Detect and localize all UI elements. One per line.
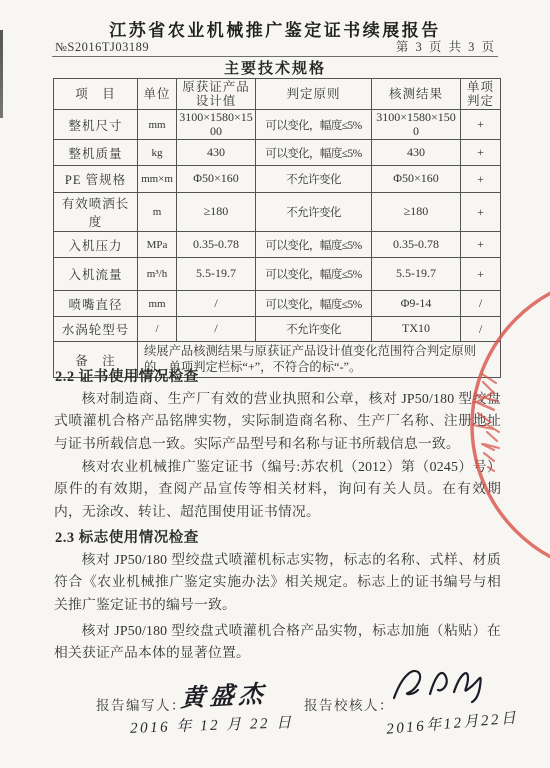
spec-table-body: 整机尺寸mm3100×1580×1500可以变化，幅度≤5%3100×1580×… (54, 110, 501, 378)
spec-table-row: 有效喷洒长度m≥180不允许变化≥180+ (54, 193, 501, 232)
spec-cell: / (138, 317, 177, 342)
spec-cell: m (138, 193, 177, 232)
spec-column-header: 核测结果 (372, 79, 461, 110)
spec-cell: 可以变化，幅度≤5% (256, 258, 372, 291)
spec-cell: 不允许变化 (256, 317, 372, 342)
section-2-3-paragraph-2: 核对 JP50/180 型绞盘式喷灌机合格产品实物，标志加施（粘贴）在相关获证产… (54, 620, 501, 665)
doc-number-row: №S2016TJ03189 第 3 页 共 3 页 (52, 39, 498, 57)
spec-cell: mm×m (138, 166, 177, 193)
spec-cell: 入机压力 (54, 232, 138, 258)
spec-table: 项 目单位原获证产品设计值判定原则核测结果单项判定 整机尺寸mm3100×158… (53, 78, 501, 378)
section-2-2-paragraph-1: 核对制造商、生产厂有效的营业执照和公章，核对 JP50/180 型绞盘式喷灌机合… (54, 388, 501, 455)
spec-cell: + (461, 193, 501, 232)
report-writer-signature: 黄盛杰 (180, 674, 269, 714)
spec-cell: 不允许变化 (256, 166, 372, 193)
spec-cell: kg (138, 140, 177, 166)
spec-cell: + (461, 166, 501, 193)
spec-cell: Φ50×160 (177, 166, 256, 193)
section-2-2-heading: 2.2 证书使用情况检查 (55, 365, 199, 386)
spec-cell: 整机尺寸 (54, 110, 138, 140)
spec-column-header: 单项判定 (461, 79, 501, 110)
spec-cell: 喷嘴直径 (54, 291, 138, 317)
spec-cell: mm (138, 291, 177, 317)
spec-cell: 3100×1580×1500 (177, 110, 256, 140)
spec-cell: + (461, 110, 501, 140)
spec-cell: TX10 (372, 317, 461, 342)
spec-cell: 430 (177, 140, 256, 166)
spec-column-header: 项 目 (54, 79, 138, 110)
spec-cell: 水涡轮型号 (54, 317, 138, 342)
spec-table-row: PE 管规格mm×mΦ50×160不允许变化Φ50×160+ (54, 166, 501, 193)
spec-table-row: 喷嘴直径mm/可以变化，幅度≤5%Φ9-14/ (54, 291, 501, 317)
spec-cell: 5.5-19.7 (372, 258, 461, 291)
spec-table-header: 项 目单位原获证产品设计值判定原则核测结果单项判定 (54, 79, 501, 110)
spec-cell: 可以变化，幅度≤5% (256, 110, 372, 140)
spec-cell: Φ50×160 (372, 166, 461, 193)
spec-cell: + (461, 140, 501, 166)
doc-number: №S2016TJ03189 (55, 40, 149, 55)
spec-cell: 有效喷洒长度 (54, 193, 138, 232)
spec-table-row: 入机流量m³/h5.5-19.7可以变化，幅度≤5%5.5-19.7+ (54, 258, 501, 291)
section-2-3-paragraph-1: 核对 JP50/180 型绞盘式喷灌机标志实物，标志的名称、式样、材质符合《农业… (54, 549, 501, 616)
spec-cell: / (461, 291, 501, 317)
spec-cell: / (461, 317, 501, 342)
spec-cell: 可以变化，幅度≤5% (256, 140, 372, 166)
spec-cell: 3100×1580×1500 (372, 110, 461, 140)
spec-cell: / (177, 317, 256, 342)
spec-cell: 入机流量 (54, 258, 138, 291)
spec-cell: 0.35-0.78 (372, 232, 461, 258)
report-writer-label: 报告编写人： (96, 694, 186, 714)
spec-cell: 0.35-0.78 (177, 232, 256, 258)
report-checker-label: 报告校核人： (304, 694, 394, 714)
spec-cell: + (461, 258, 501, 291)
spec-cell: Φ9-14 (372, 291, 461, 317)
page-indicator: 第 3 页 共 3 页 (396, 37, 496, 55)
spec-cell: 不允许变化 (256, 193, 372, 232)
report-checker-signature-scribble (388, 662, 498, 714)
spec-cell: MPa (138, 232, 177, 258)
spec-table-row: 整机质量kg430可以变化，幅度≤5%430+ (54, 140, 501, 166)
spec-cell: mm (138, 110, 177, 140)
spec-cell: PE 管规格 (54, 166, 138, 193)
spec-cell: m³/h (138, 258, 177, 291)
spec-cell: 5.5-19.7 (177, 258, 256, 291)
section-2-2-paragraph-2: 核对农业机械推广鉴定证书（编号:苏农机（2012）第（0245）号）原件的有效期… (54, 456, 501, 523)
spec-cell: 可以变化，幅度≤5% (256, 291, 372, 317)
spec-column-header: 原获证产品设计值 (177, 79, 256, 110)
spec-cell: / (177, 291, 256, 317)
report-writer-date: 2016 年 12 月 22 日 (130, 711, 294, 738)
spec-cell: + (461, 232, 501, 258)
spec-cell: ≥180 (177, 193, 256, 232)
section-2-3-heading: 2.3 标志使用情况检查 (55, 526, 199, 547)
spec-column-header: 单位 (138, 79, 177, 110)
spec-cell: ≥180 (372, 193, 461, 232)
spec-table-row: 入机压力MPa0.35-0.78可以变化，幅度≤5%0.35-0.78+ (54, 232, 501, 258)
spec-table-title: 主要技术规格 (0, 57, 550, 78)
spec-cell: 430 (372, 140, 461, 166)
spec-column-header: 判定原则 (256, 79, 372, 110)
document-page: 江苏省农业机械推广鉴定证书续展报告 №S2016TJ03189 第 3 页 共 … (0, 0, 550, 768)
spec-cell: 整机质量 (54, 140, 138, 166)
spec-table-row: 整机尺寸mm3100×1580×1500可以变化，幅度≤5%3100×1580×… (54, 110, 501, 140)
spec-table-row: 水涡轮型号//不允许变化TX10/ (54, 317, 501, 342)
spec-cell: 可以变化，幅度≤5% (256, 232, 372, 258)
